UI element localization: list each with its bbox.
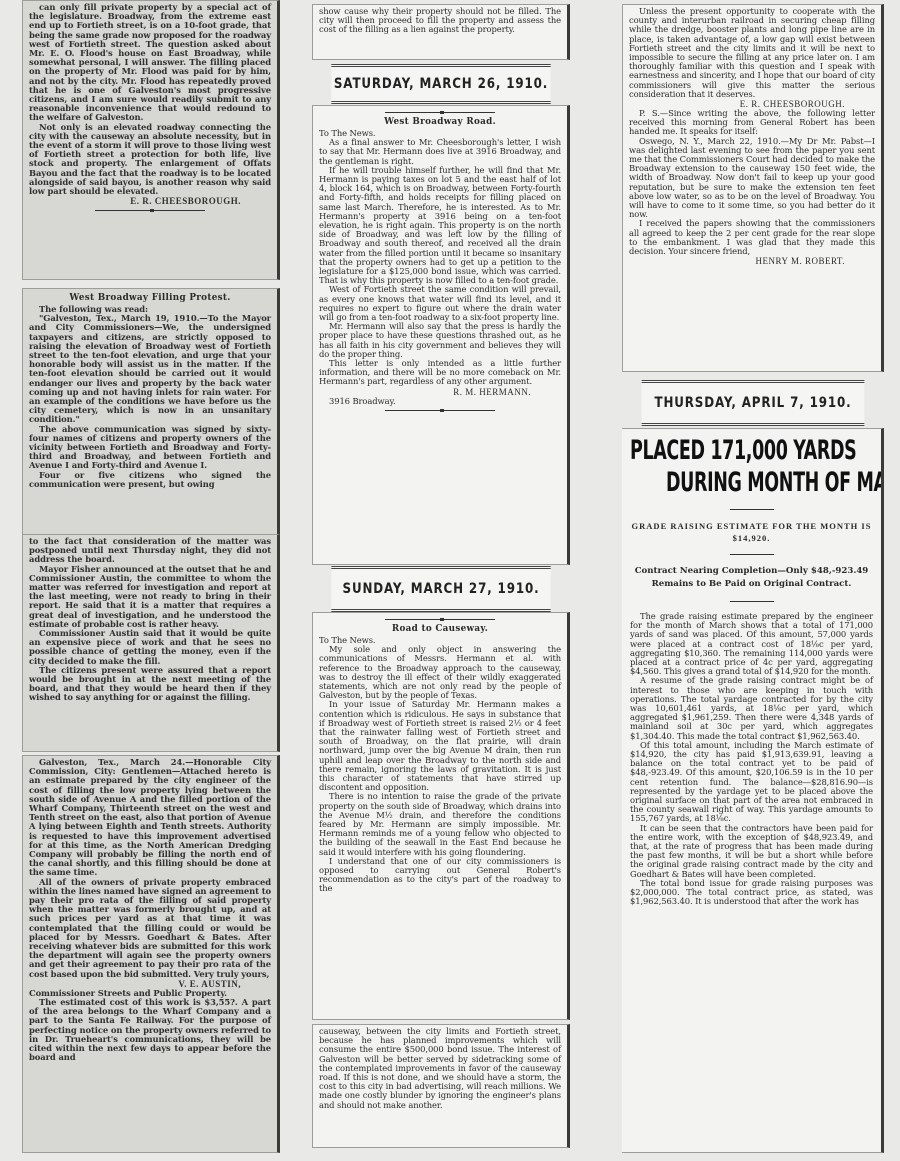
paragraph: The grade raising estimate prepared by t…	[630, 612, 873, 676]
paragraph: The total bond issue for grade raising p…	[630, 879, 873, 907]
paragraph: It can be seen that the contractors have…	[630, 824, 873, 879]
date-header: SUNDAY, MARCH 27, 1910.	[331, 566, 550, 612]
paragraph: Of this total amount, including the Marc…	[630, 741, 873, 824]
paragraph: The above communication was signed by si…	[29, 425, 271, 471]
paragraph: can only fill private property by a spec…	[29, 3, 271, 123]
clipping-austin-letter: Galveston, Tex., March 24.—Honorable Cit…	[22, 755, 280, 1153]
paragraph: As a final answer to Mr. Cheesborough's …	[319, 138, 561, 166]
column-2: show cause why their property should not…	[312, 0, 570, 1161]
address: 3916 Broadway.	[319, 397, 561, 406]
divider	[730, 509, 774, 510]
paragraph: This letter is only intended as a little…	[319, 359, 561, 387]
clipping-filling-protest: West Broadway Filling Protest. The follo…	[22, 288, 280, 536]
paragraph: West of Fortieth street the same conditi…	[319, 285, 561, 322]
paragraph: The citizens present were assured that a…	[29, 666, 271, 703]
divider	[385, 112, 495, 113]
clipping-road-to-causeway: Road to Causeway. To The News.My sole an…	[312, 612, 570, 1020]
paragraph: If he will trouble himself further, he w…	[319, 166, 561, 286]
clipping-mayor-fisher: to the fact that consideration of the ma…	[22, 534, 280, 752]
subheadline: GRADE RAISING ESTIMATE FOR THE MONTH IS …	[630, 520, 873, 544]
headline-line-1: PLACED 171,000 YARDS	[630, 435, 805, 467]
paragraph: A resume of the grade raising contract m…	[630, 676, 873, 740]
divider	[95, 210, 205, 211]
paragraph: Galveston, Tex., March 24.—Honorable Cit…	[29, 758, 271, 878]
paragraph: I understand that one of our city commis…	[319, 857, 561, 894]
column-1: can only fill private property by a spec…	[22, 0, 280, 1161]
paragraph: The estimated cost of this work is $3,55…	[29, 998, 271, 1062]
paragraph: Four or five citizens who signed the com…	[29, 471, 271, 489]
article-headline: West Broadway Filling Protest.	[29, 293, 271, 303]
clipping-placed-171000-yards: PLACED 171,000 YARDS DURING MONTH OF MAR…	[622, 428, 884, 1153]
article-headline: Road to Causeway.	[319, 624, 561, 634]
column-3: Unless the present opportunity to cooper…	[622, 0, 884, 1161]
paragraph: show cause why their property should not…	[319, 7, 561, 35]
paragraph: to the fact that consideration of the ma…	[29, 537, 271, 565]
paragraph: Not only is an elevated roadway connecti…	[29, 123, 271, 197]
paragraph: Commissioner Austin said that it would b…	[29, 629, 271, 666]
paragraph: Oswego, N. Y., March 22, 1910.—My Dr Mr.…	[629, 137, 875, 220]
paragraph: Mayor Fisher announced at the outset tha…	[29, 565, 271, 629]
deck-headline: Contract Nearing Completion—Only $48,-92…	[630, 565, 873, 591]
clipping-show-cause: show cause why their property should not…	[312, 4, 570, 60]
paragraph: Mr. Hermann will also say that the press…	[319, 322, 561, 359]
divider	[385, 410, 495, 411]
paragraph: In your issue of Saturday Mr. Hermann ma…	[319, 700, 561, 792]
clipping-cheesborough-robert-letter: Unless the present opportunity to cooper…	[622, 4, 884, 372]
date-header: SATURDAY, MARCH 26, 1910.	[331, 64, 550, 104]
signature: HENRY M. ROBERT.	[629, 256, 875, 266]
paragraph: causeway, between the city limits and Fo…	[319, 1027, 561, 1110]
clipping-west-broadway-road: West Broadway Road. To The News.As a fin…	[312, 105, 570, 565]
paragraph: Unless the present opportunity to cooper…	[629, 7, 875, 99]
paragraph: My sole and only object in answering the…	[319, 645, 561, 700]
date-header: THURSDAY, APRIL 7, 1910.	[642, 380, 865, 426]
paragraph: P. S.—Since writing the above, the follo…	[629, 109, 875, 137]
paragraph: I received the papers showing that the c…	[629, 219, 875, 256]
paragraph: There is no intention to raise the grade…	[319, 792, 561, 856]
paragraph: All of the owners of private property em…	[29, 878, 271, 979]
clipping-causeway-continued: causeway, between the city limits and Fo…	[312, 1024, 570, 1148]
divider	[730, 554, 774, 555]
article-headline: West Broadway Road.	[319, 117, 561, 127]
divider	[730, 601, 774, 602]
signature: E. R. CHEESBOROUGH.	[29, 196, 271, 206]
clipping-cheesborough-letter-end: can only fill private property by a spec…	[22, 0, 280, 280]
paragraph: "Galveston, Tex., March 19, 1910.—To the…	[29, 314, 271, 424]
divider	[385, 619, 495, 620]
headline-line-2: DURING MONTH OF MARCH	[666, 467, 815, 499]
